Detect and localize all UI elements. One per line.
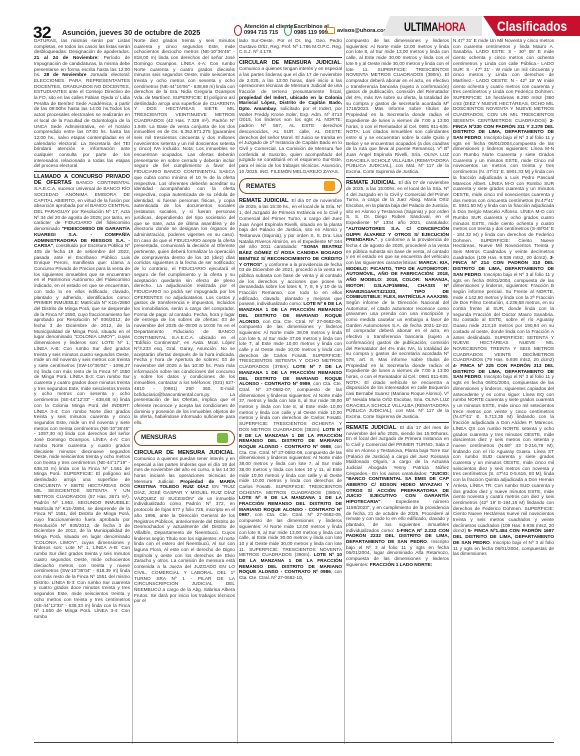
ad-remate-3: REMATE JUDICIAL. El día 17 del mes de no… xyxy=(346,425,449,568)
page-bottom-rule xyxy=(34,742,554,743)
ad-concurso: LLAMADO A CONCURSO PRIVADO DE OFERTAS BA… xyxy=(34,174,130,619)
page-header: 32 Asunción, jueves 30 de octubre de 202… xyxy=(0,0,580,36)
ad-remate-1: REMATE JUDICIAL. El día 07 de noviembre … xyxy=(239,198,342,580)
phone-icon xyxy=(234,25,242,36)
brand-logo: ULTIMAHORA xyxy=(404,20,465,34)
dateline: Asunción, jueves 30 de octubre de 2025 xyxy=(62,28,200,37)
ad-mensura: CIRCULAR DE MENSURA JUDICIAL. Comunico a… xyxy=(134,450,235,604)
mensuras-icon xyxy=(217,433,228,443)
divider xyxy=(34,171,130,172)
column-1: DATURAS, las mismas serán por Listas com… xyxy=(34,38,130,744)
column-2: Norte diez grados treinta y seis minutos… xyxy=(134,38,235,744)
column-5: N.47º 31' E mide Un Mil Noventa y cinco … xyxy=(453,38,554,744)
mail-icon xyxy=(326,27,335,34)
section-title: Clasificados xyxy=(497,18,567,34)
ad-elections: DATURAS, las mismas serán por Listas com… xyxy=(34,38,130,169)
gavel-icon xyxy=(324,181,335,191)
column-4: compuesto de las dimensiones y linderos … xyxy=(346,38,449,744)
whatsapp-icon xyxy=(284,25,292,36)
ad-mensura-2: CIRCULAR DE MENSURA JUDICIAL. Comunico a… xyxy=(239,60,342,174)
column-3: lado Sur-Oeste. Por el Dr. Ing. Geo. Ped… xyxy=(239,38,342,744)
classifieds-columns: DATURAS, las mismas serán por Listas com… xyxy=(34,38,554,744)
section-header-mensuras: MENSURAS xyxy=(134,430,235,446)
ad-remate-2: REMATE JUDICIAL. El día 07 de noviembre … xyxy=(346,180,449,420)
brand-banner: ULTIMAHORA Clasificados xyxy=(382,16,580,36)
whatsapp-contact: Escribinos al 0985 119 999 xyxy=(284,24,329,36)
section-header-remates: REMATES xyxy=(239,178,342,194)
